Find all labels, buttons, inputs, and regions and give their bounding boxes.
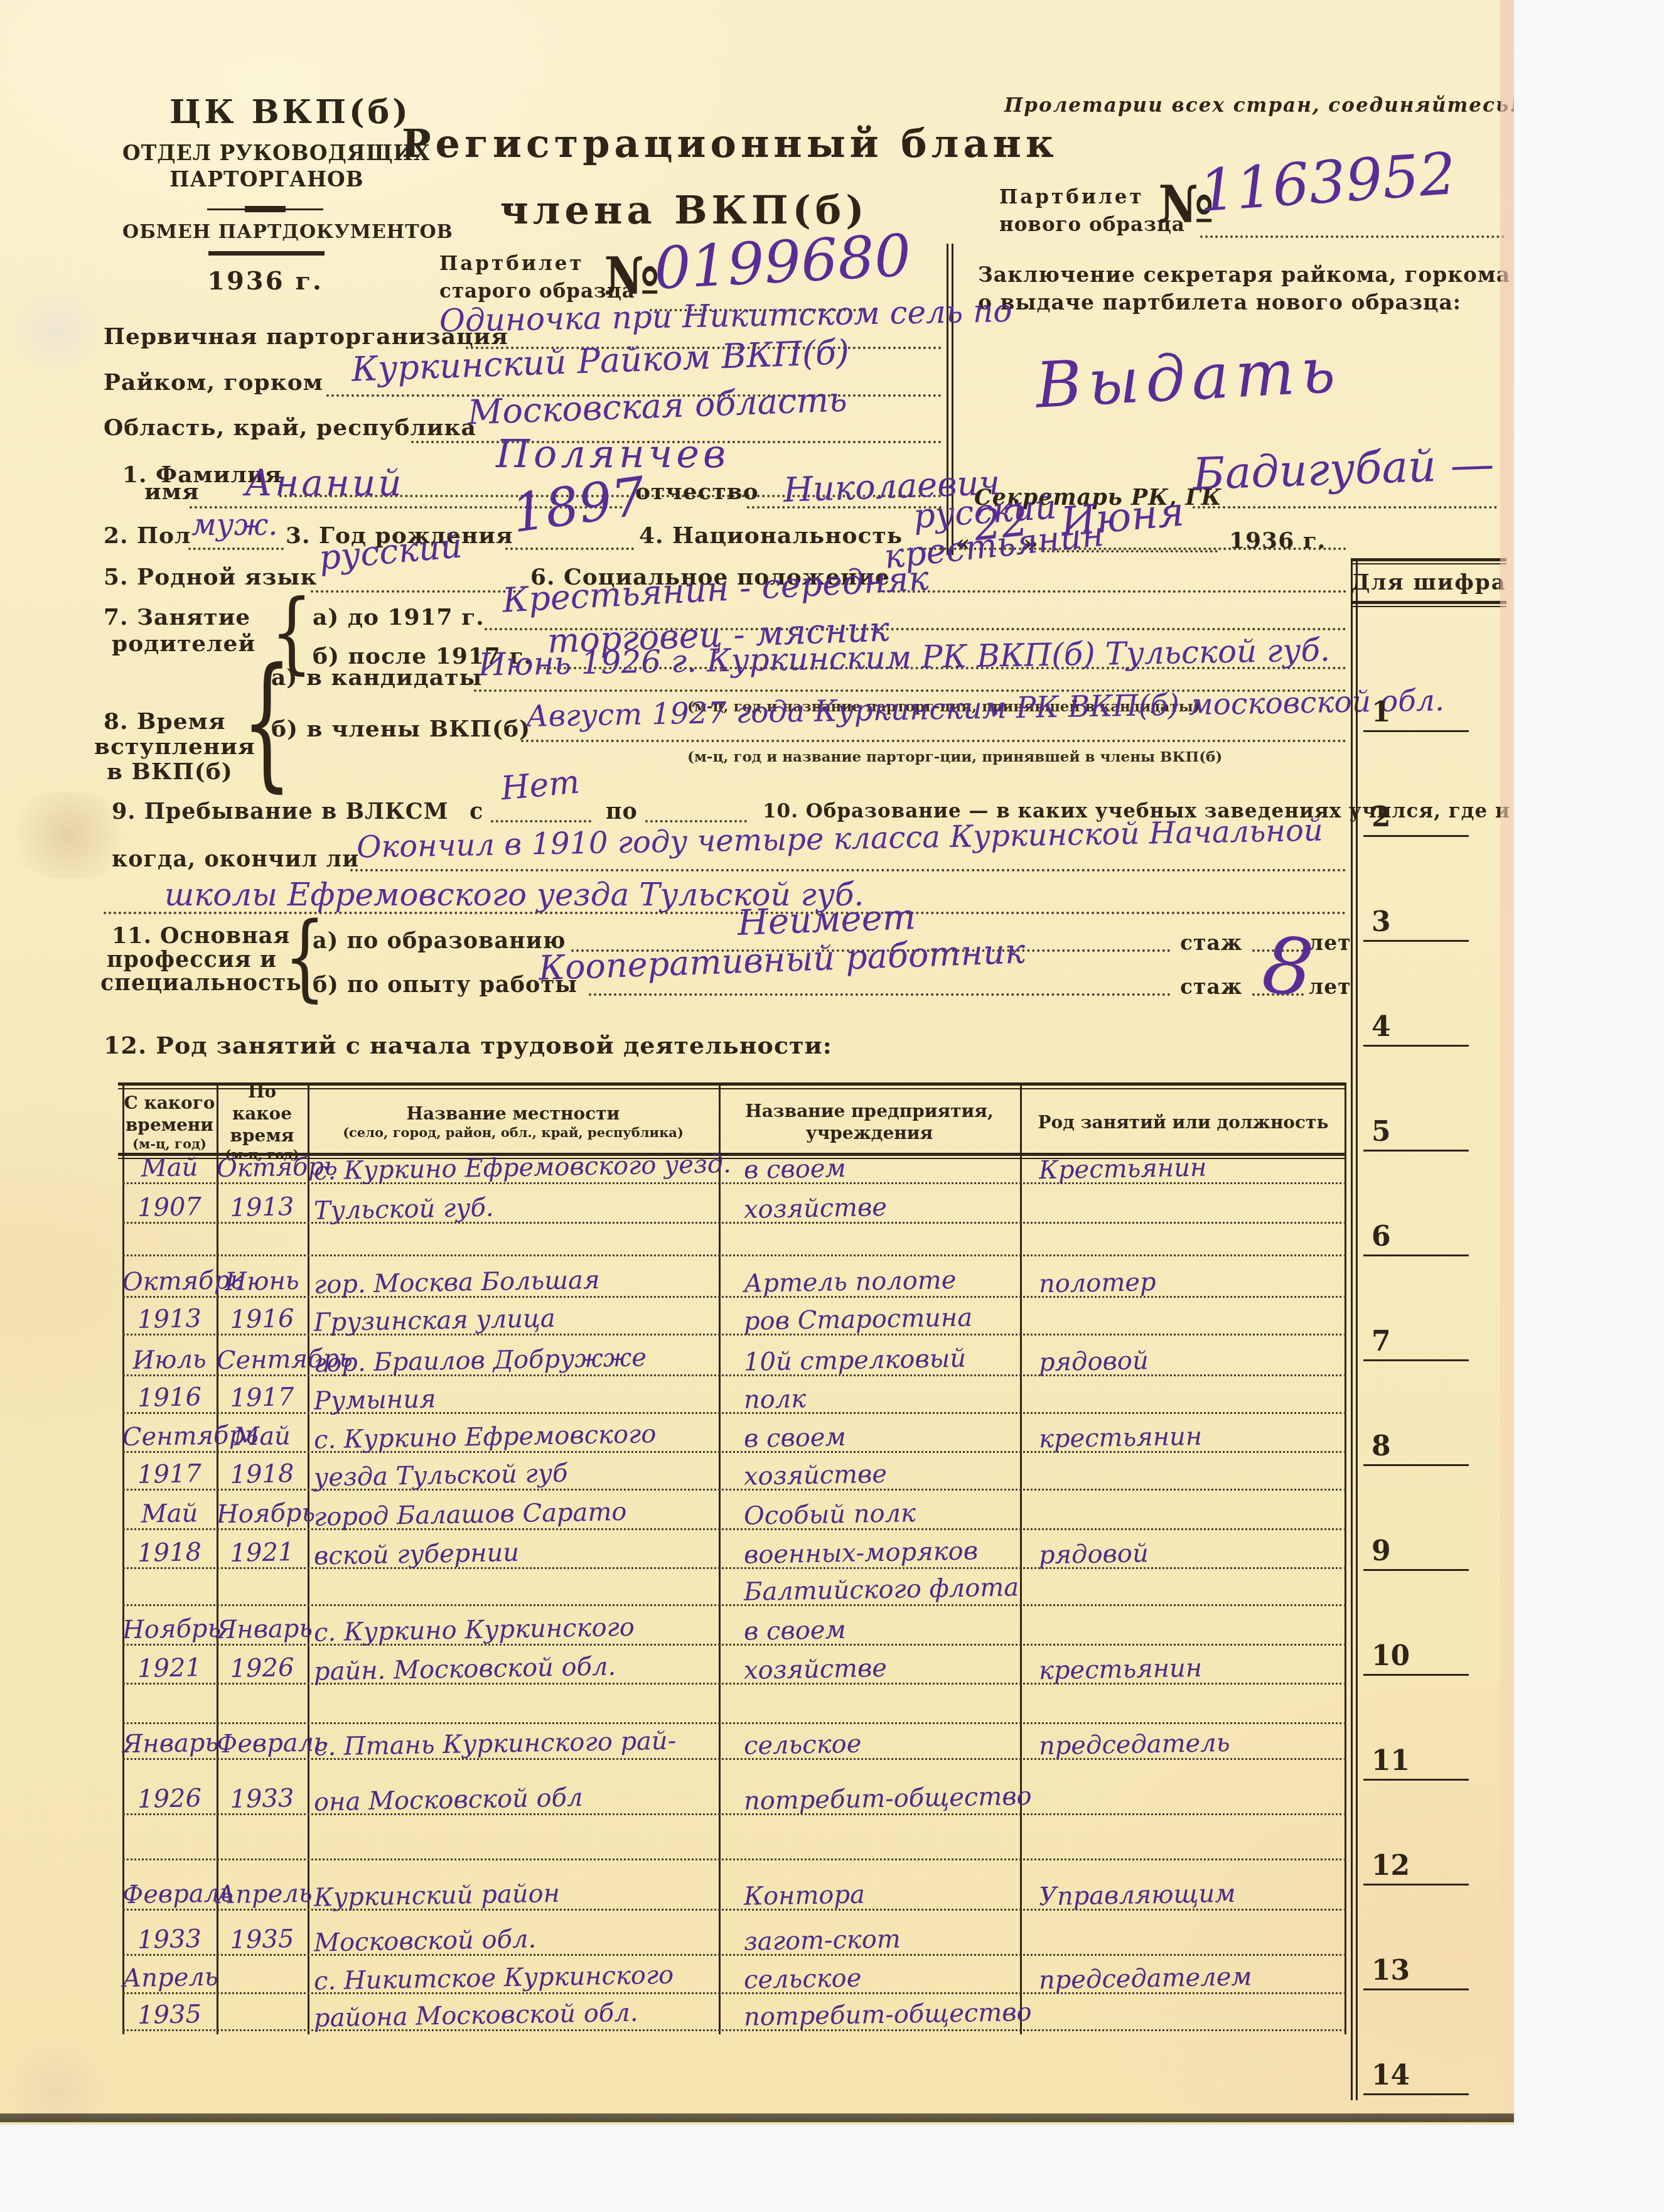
table-header-text: Название местности: [407, 1103, 620, 1125]
member-value: Август 1927 года Куркинским РК ВКП(б) мо…: [526, 686, 1445, 731]
candidate-label: а) в кандидаты: [271, 664, 483, 691]
profession-label-line2: профессия и: [107, 947, 277, 973]
language-value: русский: [318, 529, 463, 575]
oblast-label: Область, край, республика: [104, 414, 476, 441]
table-cell: с. Птань Куркинского рай-: [314, 1727, 719, 1759]
komsomol-po-label: по: [606, 799, 638, 824]
cipher-number: 14: [1371, 2059, 1410, 2091]
table-header-text: времени: [126, 1114, 213, 1136]
cipher-cell-line: [1363, 2093, 1469, 2095]
scanned-registration-form: { "colors":{"paper":"#f7ecc2","ink":"#2e…: [0, 0, 1664, 2212]
name-label: имя: [144, 478, 200, 505]
birth-value: 1897: [508, 470, 648, 541]
table-cell: 1935: [122, 2002, 217, 2029]
profession-label-line3: специальность: [100, 970, 302, 996]
cipher-number: 1: [1371, 696, 1391, 728]
cipher-cell-line: [1363, 1884, 1469, 1886]
by-education-label: а) по образованию: [313, 928, 566, 954]
secretary-dotted-line: [1193, 506, 1497, 509]
table-cell: Апрель: [217, 1881, 308, 1908]
cipher-number: 9: [1371, 1535, 1391, 1567]
profession-label-line1: 11. Основная: [112, 923, 290, 949]
cipher-cell-line: [1363, 1359, 1469, 1361]
table-cell: Контора: [744, 1879, 1021, 1909]
birth-dotted: [505, 548, 634, 550]
cipher-number: 7: [1371, 1325, 1391, 1357]
table-cell: района Московской обл.: [314, 1999, 719, 2031]
table-cell: Февраль: [122, 1881, 217, 1908]
sex-value: муж.: [191, 510, 277, 540]
cipher-cell-line: [1363, 1045, 1469, 1047]
cipher-number: 2: [1371, 801, 1391, 833]
parents-label-line1: 7. Занятие: [104, 604, 250, 630]
form-paper: ЦК ВКП(б) ОТДЕЛ РУКОВОДЯЩИХ ПАРТОРГАНОВ …: [0, 0, 1514, 2125]
table-header-text: Род занятий или должность: [1038, 1111, 1329, 1133]
komsomol-dotted2: [645, 820, 747, 823]
card-new-label1: Партбилет: [999, 186, 1144, 208]
joining-label-line1: 8. Время: [104, 708, 226, 735]
stazh-label-b: стаж: [1180, 974, 1242, 999]
experience-dotted: [589, 993, 1171, 996]
form-year: 1936 г.: [207, 266, 323, 296]
cipher-number: 3: [1371, 906, 1391, 938]
conclusion-title-line1: Заключение секретаря райкома, горкома: [978, 262, 1510, 287]
table-cell: Управляющим: [1039, 1879, 1347, 1910]
table-cell: сельское: [744, 1729, 1021, 1759]
name-value: Ананий: [245, 465, 404, 501]
cipher-header-rule1: [1351, 601, 1506, 604]
sex-dotted: [188, 548, 284, 550]
education-dotted1: [350, 869, 1346, 871]
member-dotted: [521, 740, 1346, 742]
card-old-number: 0199680: [653, 227, 913, 298]
language-dotted: [311, 590, 521, 593]
member-note: (м-ц, год и название парторг-ции, приняв…: [687, 748, 1222, 765]
cipher-cell-line: [1363, 1674, 1469, 1676]
paper-bottom-edge: [0, 2113, 1514, 2122]
nationality-label: 4. Национальность: [639, 522, 903, 549]
komsomol-label: 9. Пребывание в ВЛКСМ: [112, 799, 448, 824]
joining-label-line3: в ВКП(б): [107, 758, 233, 785]
table-row-line: ЯнварьФевральс. Птань Куркинского рай-се…: [122, 1712, 1346, 1760]
komsomol-value: Нет: [500, 766, 581, 806]
member-label: б) в члены ВКП(б): [271, 716, 530, 742]
sex-label: 2. Пол: [104, 522, 191, 549]
org-exchange: ОБМЕН ПАРТДОКУМЕНТОВ: [122, 221, 411, 243]
cipher-cell-line: [1363, 1464, 1469, 1466]
cipher-cell-line: [1363, 1150, 1469, 1152]
komsomol-s-label: с: [470, 799, 483, 824]
table-cell: 1926: [122, 1786, 217, 1813]
cipher-header-rule2: [1351, 606, 1506, 607]
table-header-text: С какого: [124, 1092, 215, 1114]
let-label-b: лет: [1309, 974, 1351, 999]
experience-value: Кооперативный работник: [538, 934, 1026, 985]
table-row-line: 1935района Московской обл.потребит-общес…: [122, 1983, 1346, 2031]
org-cc-vkpb: ЦК ВКП(б): [169, 93, 364, 131]
cipher-number: 11: [1371, 1745, 1410, 1777]
cipher-header: Для шифра: [1351, 570, 1506, 595]
occupations-title: 12. Род занятий с начала трудовой деятел…: [104, 1031, 832, 1059]
card-new-label2: нового образца: [999, 213, 1185, 236]
cipher-cell-line: [1363, 835, 1469, 837]
cipher-number: 4: [1371, 1011, 1391, 1043]
org-dept-line2: ПАРТОРГАНОВ: [122, 167, 411, 192]
paper-tear: [9, 283, 103, 377]
table-cell: потребит-общество: [744, 1784, 1021, 1814]
table-cell: Февраль: [217, 1730, 308, 1757]
experience-years-value: 8: [1259, 925, 1317, 1009]
cipher-cell-line: [1363, 1988, 1469, 1990]
card-new-number: 1163952: [1197, 145, 1457, 220]
primary-org-value: Одиночка при Никитском сель по: [439, 295, 1012, 337]
paper-stain: [0, 2041, 113, 2125]
org-dept-line1: ОТДЕЛ РУКОВОДЯЩИХ: [122, 141, 411, 165]
cipher-number: 8: [1371, 1430, 1391, 1462]
cipher-number: 5: [1371, 1116, 1391, 1148]
before1917-label: а) до 1917 г.: [313, 604, 485, 630]
table-row-line: 19261933она Московской облпотребит-общес…: [122, 1767, 1346, 1815]
table-cell: потребит-общество: [744, 2000, 1021, 2030]
parents-label-line2: родителей: [112, 630, 255, 657]
exchange-underline: [208, 251, 325, 256]
cipher-number: 6: [1371, 1221, 1391, 1253]
education-label2: когда, окончил ли: [112, 846, 359, 872]
experience-label: б) по опыту работы: [313, 972, 577, 998]
table-cell: 1933: [217, 1786, 308, 1813]
form-title-line1: Регистрационный бланк: [402, 121, 967, 166]
table-cell: Куркинский район: [314, 1878, 719, 1910]
table-header-text: Название предприятия,: [745, 1100, 994, 1122]
cipher-top-rule1: [1351, 558, 1506, 561]
table-header-text: По какое: [217, 1081, 308, 1125]
table-cell: председатель: [1039, 1729, 1347, 1759]
stazh-label-a: стаж: [1180, 931, 1242, 955]
card-old-label1: Партбилет: [439, 252, 584, 275]
cipher-number: 10: [1371, 1640, 1410, 1672]
conclusion-title-line2: о выдаче партбилета нового образца:: [978, 290, 1461, 315]
patronymic-label: отчество: [635, 478, 759, 505]
joining-label-line2: вступления: [94, 733, 255, 760]
surname-value: Полянчев: [496, 434, 729, 473]
cipher-cell-line: [1363, 1569, 1469, 1571]
card-new-dotted-line: [1200, 235, 1505, 238]
cipher-cell-line: [1363, 730, 1469, 732]
social-dotted: [878, 590, 1346, 593]
cipher-vertical-rule2: [1356, 558, 1358, 2100]
secretary-signature: Бадигубай —: [1192, 442, 1495, 497]
raikom-label: Райком, горком: [104, 369, 323, 396]
by-education-value: Неимеет: [737, 900, 916, 941]
table-cell: Январь: [122, 1730, 217, 1757]
komsomol-dotted1: [491, 820, 591, 823]
table-row-line: ФевральАпрельКуркинский районКонтораУпра…: [122, 1862, 1346, 1911]
table-cell: она Московской обл: [314, 1783, 719, 1815]
cipher-vertical-rule1: [1351, 558, 1353, 2100]
card-old-no-sign: №: [604, 246, 660, 306]
table-row-line: [122, 1812, 1346, 1860]
divider-ornament-center: [245, 206, 286, 212]
cipher-cell-line: [1363, 1779, 1469, 1781]
cipher-number: 13: [1371, 1955, 1410, 1987]
cipher-cell-line: [1363, 940, 1469, 942]
paper-right-edge: [1500, 0, 1514, 2125]
conclusion-resolution-handwriting: Выдать: [1034, 338, 1343, 417]
cipher-number: 12: [1371, 1850, 1410, 1882]
oblast-value: Московская область: [467, 382, 847, 429]
cipher-top-rule2: [1351, 563, 1506, 564]
cipher-cell-line: [1363, 1254, 1469, 1256]
slogan: Пролетарии всех стран, соединяйтесь!: [1004, 94, 1514, 117]
